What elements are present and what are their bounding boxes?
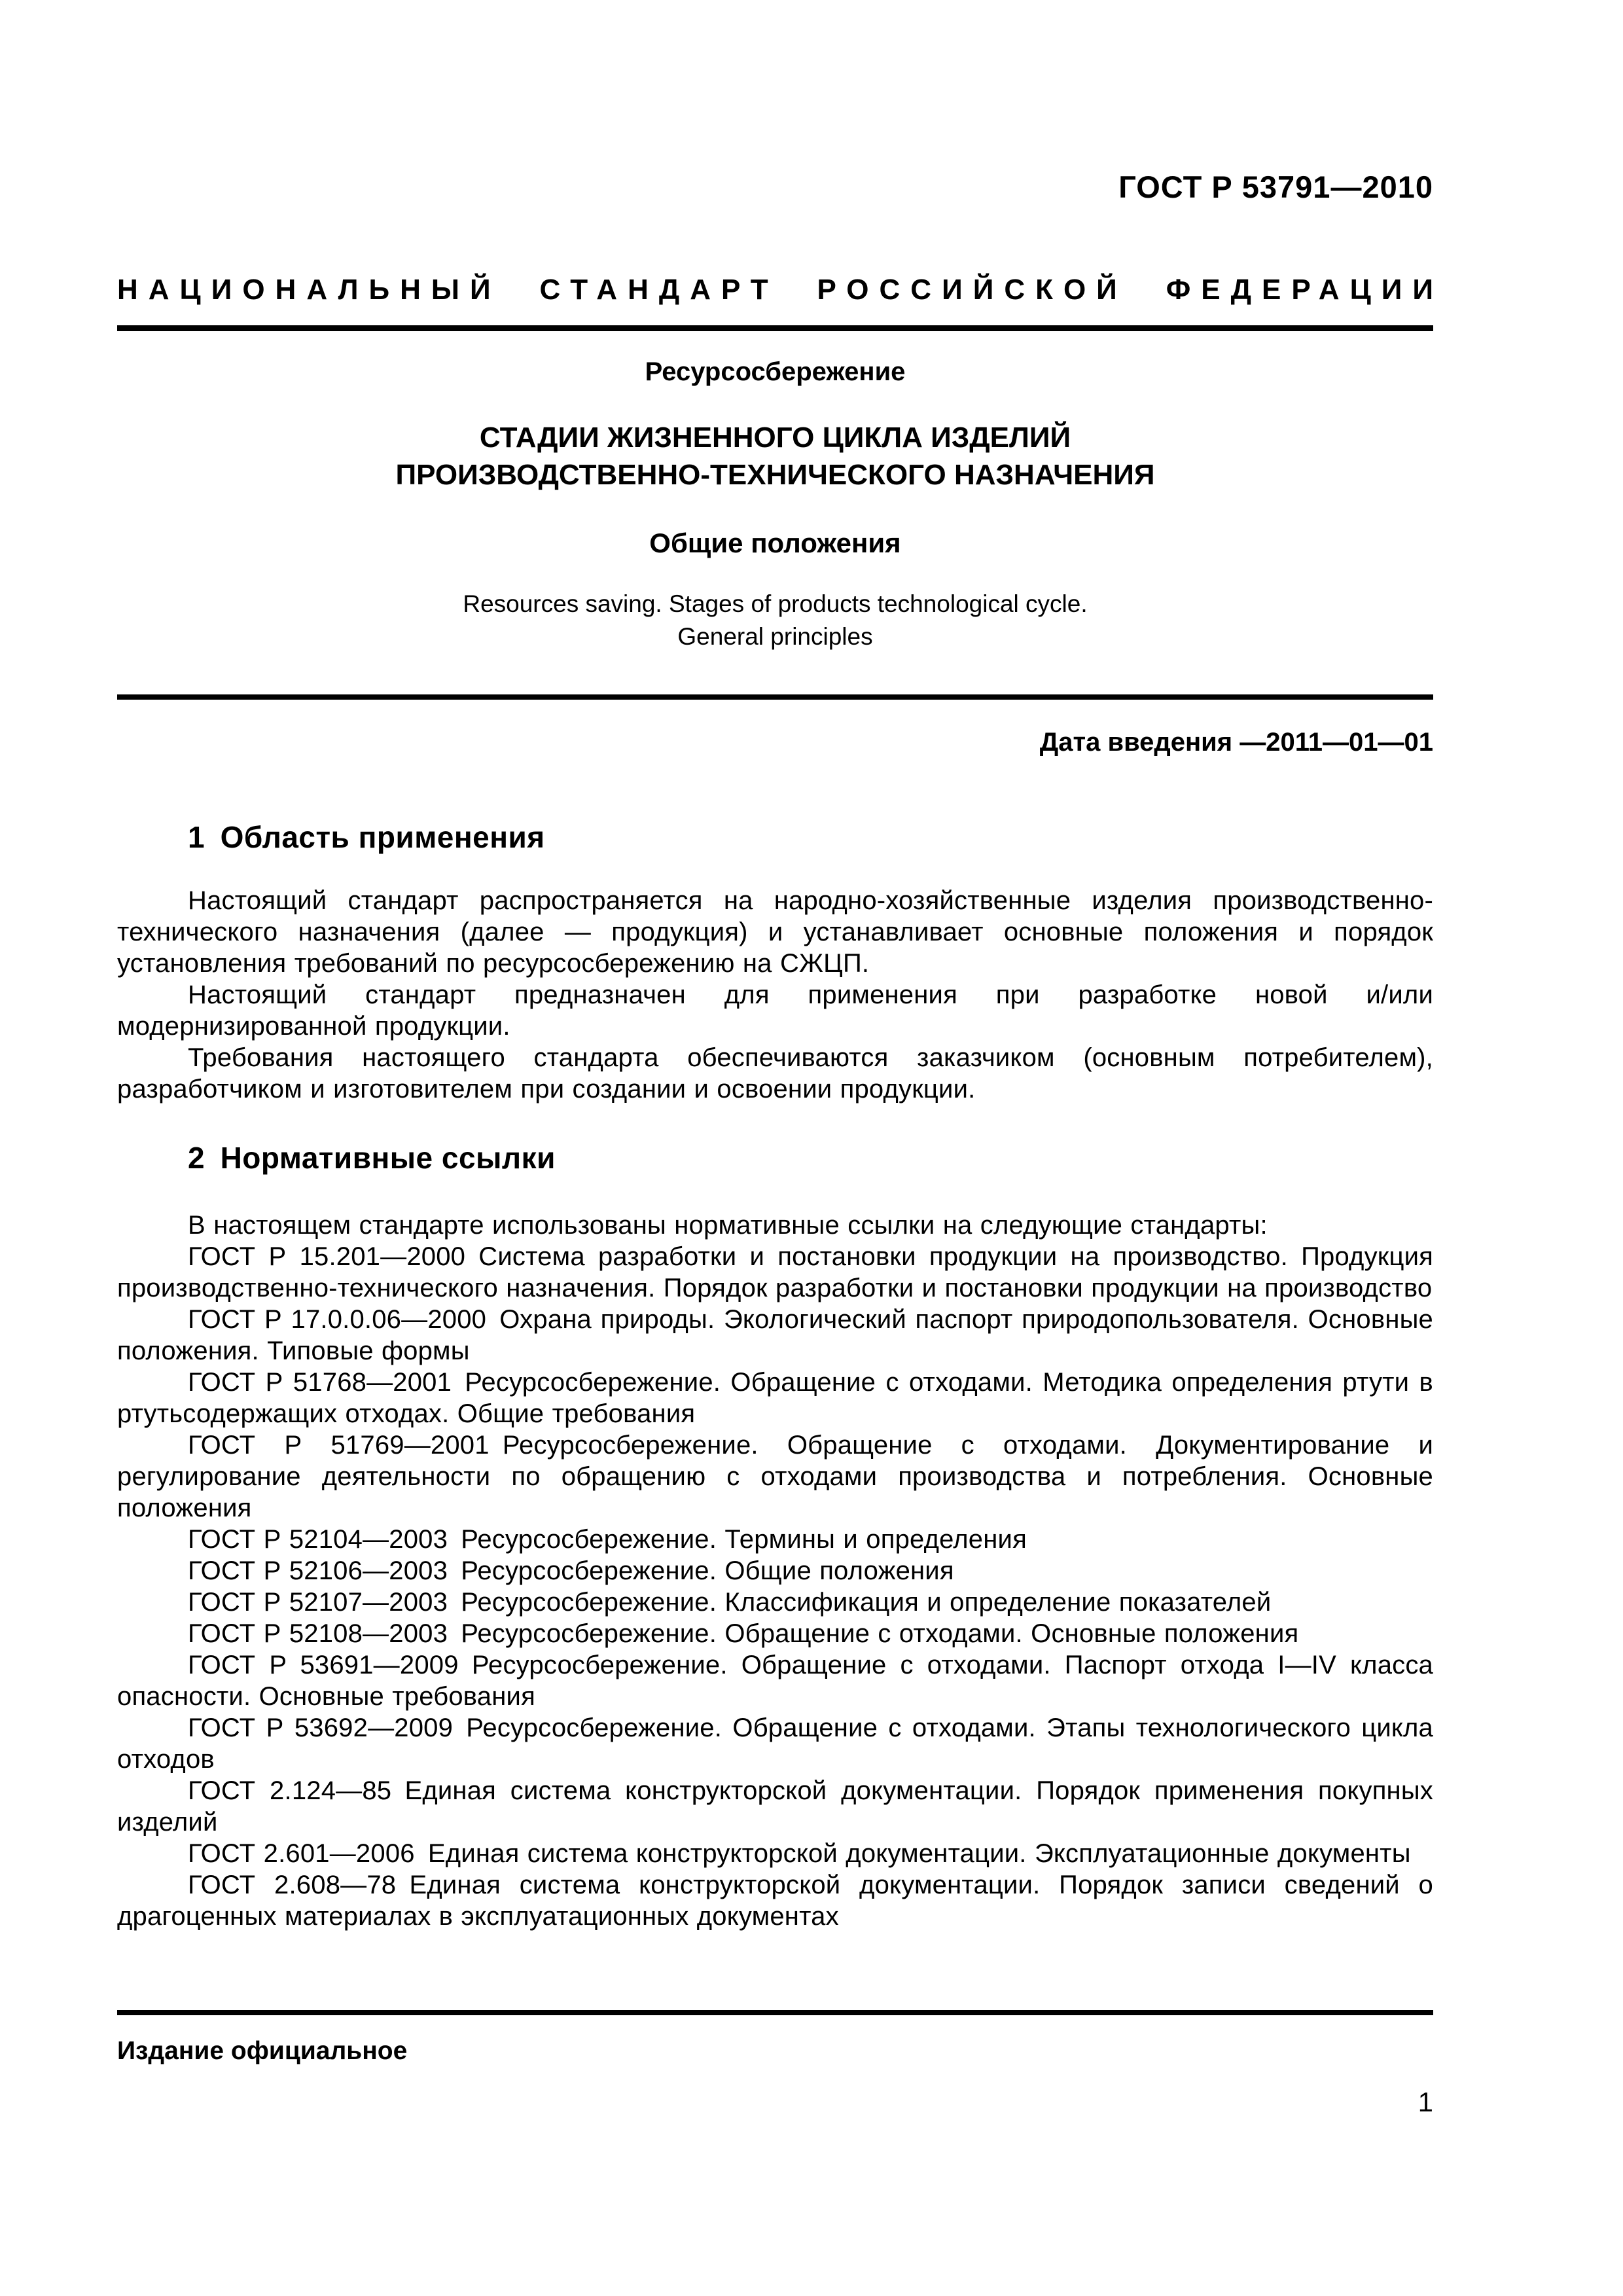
section-1-body: Настоящий стандарт распространяется на н… [117,885,1433,1105]
subject-title: Ресурсосбережение [117,357,1433,387]
main-title: СТАДИИ ЖИЗНЕННОГО ЦИКЛА ИЗДЕЛИЙ ПРОИЗВОД… [117,419,1433,493]
doc-number: ГОСТ Р 53791—2010 [117,169,1433,205]
main-title-line-2: ПРОИЗВОДСТВЕННО-ТЕХНИЧЕСКОГО НАЗНАЧЕНИЯ [117,456,1433,493]
references-intro: В настоящем стандарте использованы норма… [117,1210,1433,1241]
edition-note: Издание официальное [117,2037,1433,2066]
subtitle: Общие положения [117,528,1433,559]
reference-item: ГОСТ 2.608—78 Единая система конструктор… [117,1869,1433,1932]
reference-item: ГОСТ Р 15.201—2000 Система разработки и … [117,1241,1433,1304]
page-number: 1 [117,2087,1433,2118]
banner-word: ФЕДЕРАЦИИ [1166,274,1444,306]
main-title-line-1: СТАДИИ ЖИЗНЕННОГО ЦИКЛА ИЗДЕЛИЙ [117,419,1433,456]
references-list: ГОСТ Р 15.201—2000 Система разработки и … [117,1241,1433,1932]
paragraph: Настоящий стандарт распространяется на н… [117,885,1433,979]
banner-word: СТАНДАРТ [540,274,779,306]
divider-top-rule [117,325,1433,331]
english-title-line-2: General principles [117,620,1433,653]
divider-footer-rule [117,2010,1433,2015]
reference-item: ГОСТ 2.124—85 Единая система конструктор… [117,1775,1433,1838]
document-page: ГОСТ Р 53791—2010 НАЦИОНАЛЬНЫЙСТАНДАРТРО… [0,0,1623,2296]
section-1-heading: 1 Область применения [117,819,1433,855]
standard-banner: НАЦИОНАЛЬНЫЙСТАНДАРТРОССИЙСКОЙФЕДЕРАЦИИ [117,274,1433,306]
reference-item: ГОСТ Р 53691—2009 Ресурсосбережение. Обр… [117,1649,1433,1712]
reference-item: ГОСТ Р 52104—2003 Ресурсосбережение. Тер… [117,1524,1433,1555]
reference-item: ГОСТ Р 52108—2003 Ресурсосбережение. Обр… [117,1618,1433,1649]
reference-item: ГОСТ Р 51769—2001 Ресурсосбережение. Обр… [117,1429,1433,1524]
english-title: Resources saving. Stages of products tec… [117,588,1433,653]
reference-item: ГОСТ Р 17.0.0.06—2000 Охрана природы. Эк… [117,1304,1433,1367]
english-title-line-1: Resources saving. Stages of products tec… [117,588,1433,620]
paragraph: Настоящий стандарт предназначен для прим… [117,979,1433,1042]
reference-item: ГОСТ Р 52107—2003 Ресурсосбережение. Кла… [117,1587,1433,1618]
divider-mid-rule [117,694,1433,700]
reference-item: ГОСТ 2.601—2006 Единая система конструкт… [117,1838,1433,1869]
reference-item: ГОСТ Р 51768—2001 Ресурсосбережение. Обр… [117,1367,1433,1429]
reference-item: ГОСТ Р 52106—2003 Ресурсосбережение. Общ… [117,1555,1433,1587]
effective-date: Дата введения —2011—01—01 [117,728,1433,757]
section-2-body: В настоящем стандарте использованы норма… [117,1210,1433,1932]
reference-item: ГОСТ Р 53692—2009 Ресурсосбережение. Обр… [117,1712,1433,1775]
paragraph: Требования настоящего стандарта обеспечи… [117,1042,1433,1105]
banner-word: НАЦИОНАЛЬНЫЙ [117,274,501,306]
banner-word: РОССИЙСКОЙ [817,274,1128,306]
section-2-heading: 2 Нормативные ссылки [117,1140,1433,1175]
